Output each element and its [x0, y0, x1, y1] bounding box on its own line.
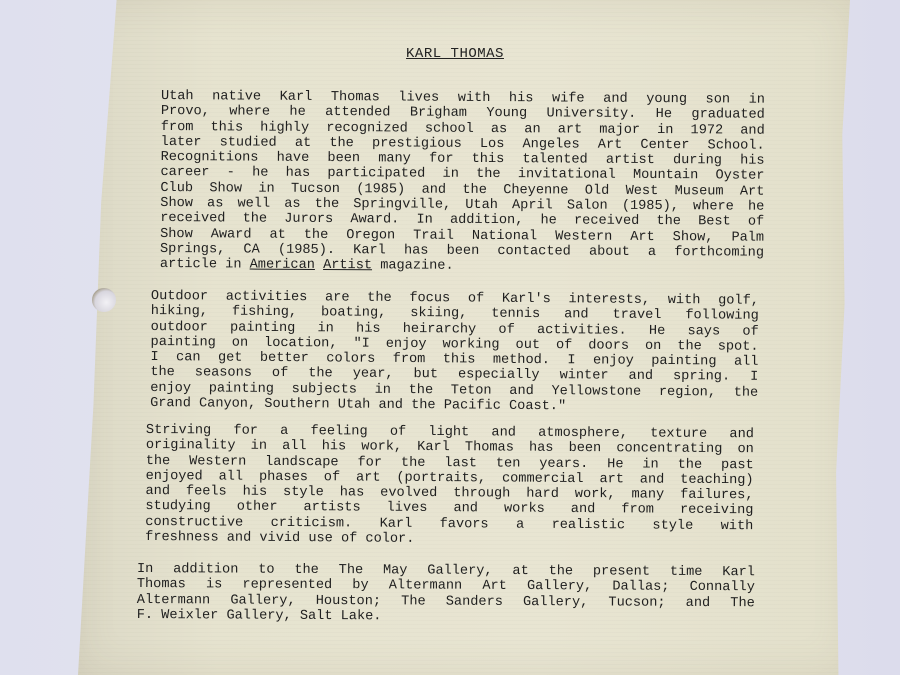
punch-hole	[92, 288, 116, 312]
magazine-title-word: Artist	[323, 258, 372, 273]
paragraph-biography: Utah native Karl Thomas lives with his w…	[160, 89, 765, 276]
paragraph-style: Striving for a feeling of light and atmo…	[145, 423, 754, 550]
paragraph-interests: Outdoor activities are the focus of Karl…	[150, 289, 759, 416]
text-line: F. Weixler Gallery, Salt Lake.	[137, 608, 755, 627]
paragraph-galleries: In addition to the The May Gallery, at t…	[137, 562, 755, 626]
text-fragment: magazine.	[372, 259, 454, 274]
magazine-title-word: American	[250, 258, 315, 273]
text-fragment: article in	[160, 257, 250, 273]
document-title: KARL THOMAS	[0, 46, 900, 62]
